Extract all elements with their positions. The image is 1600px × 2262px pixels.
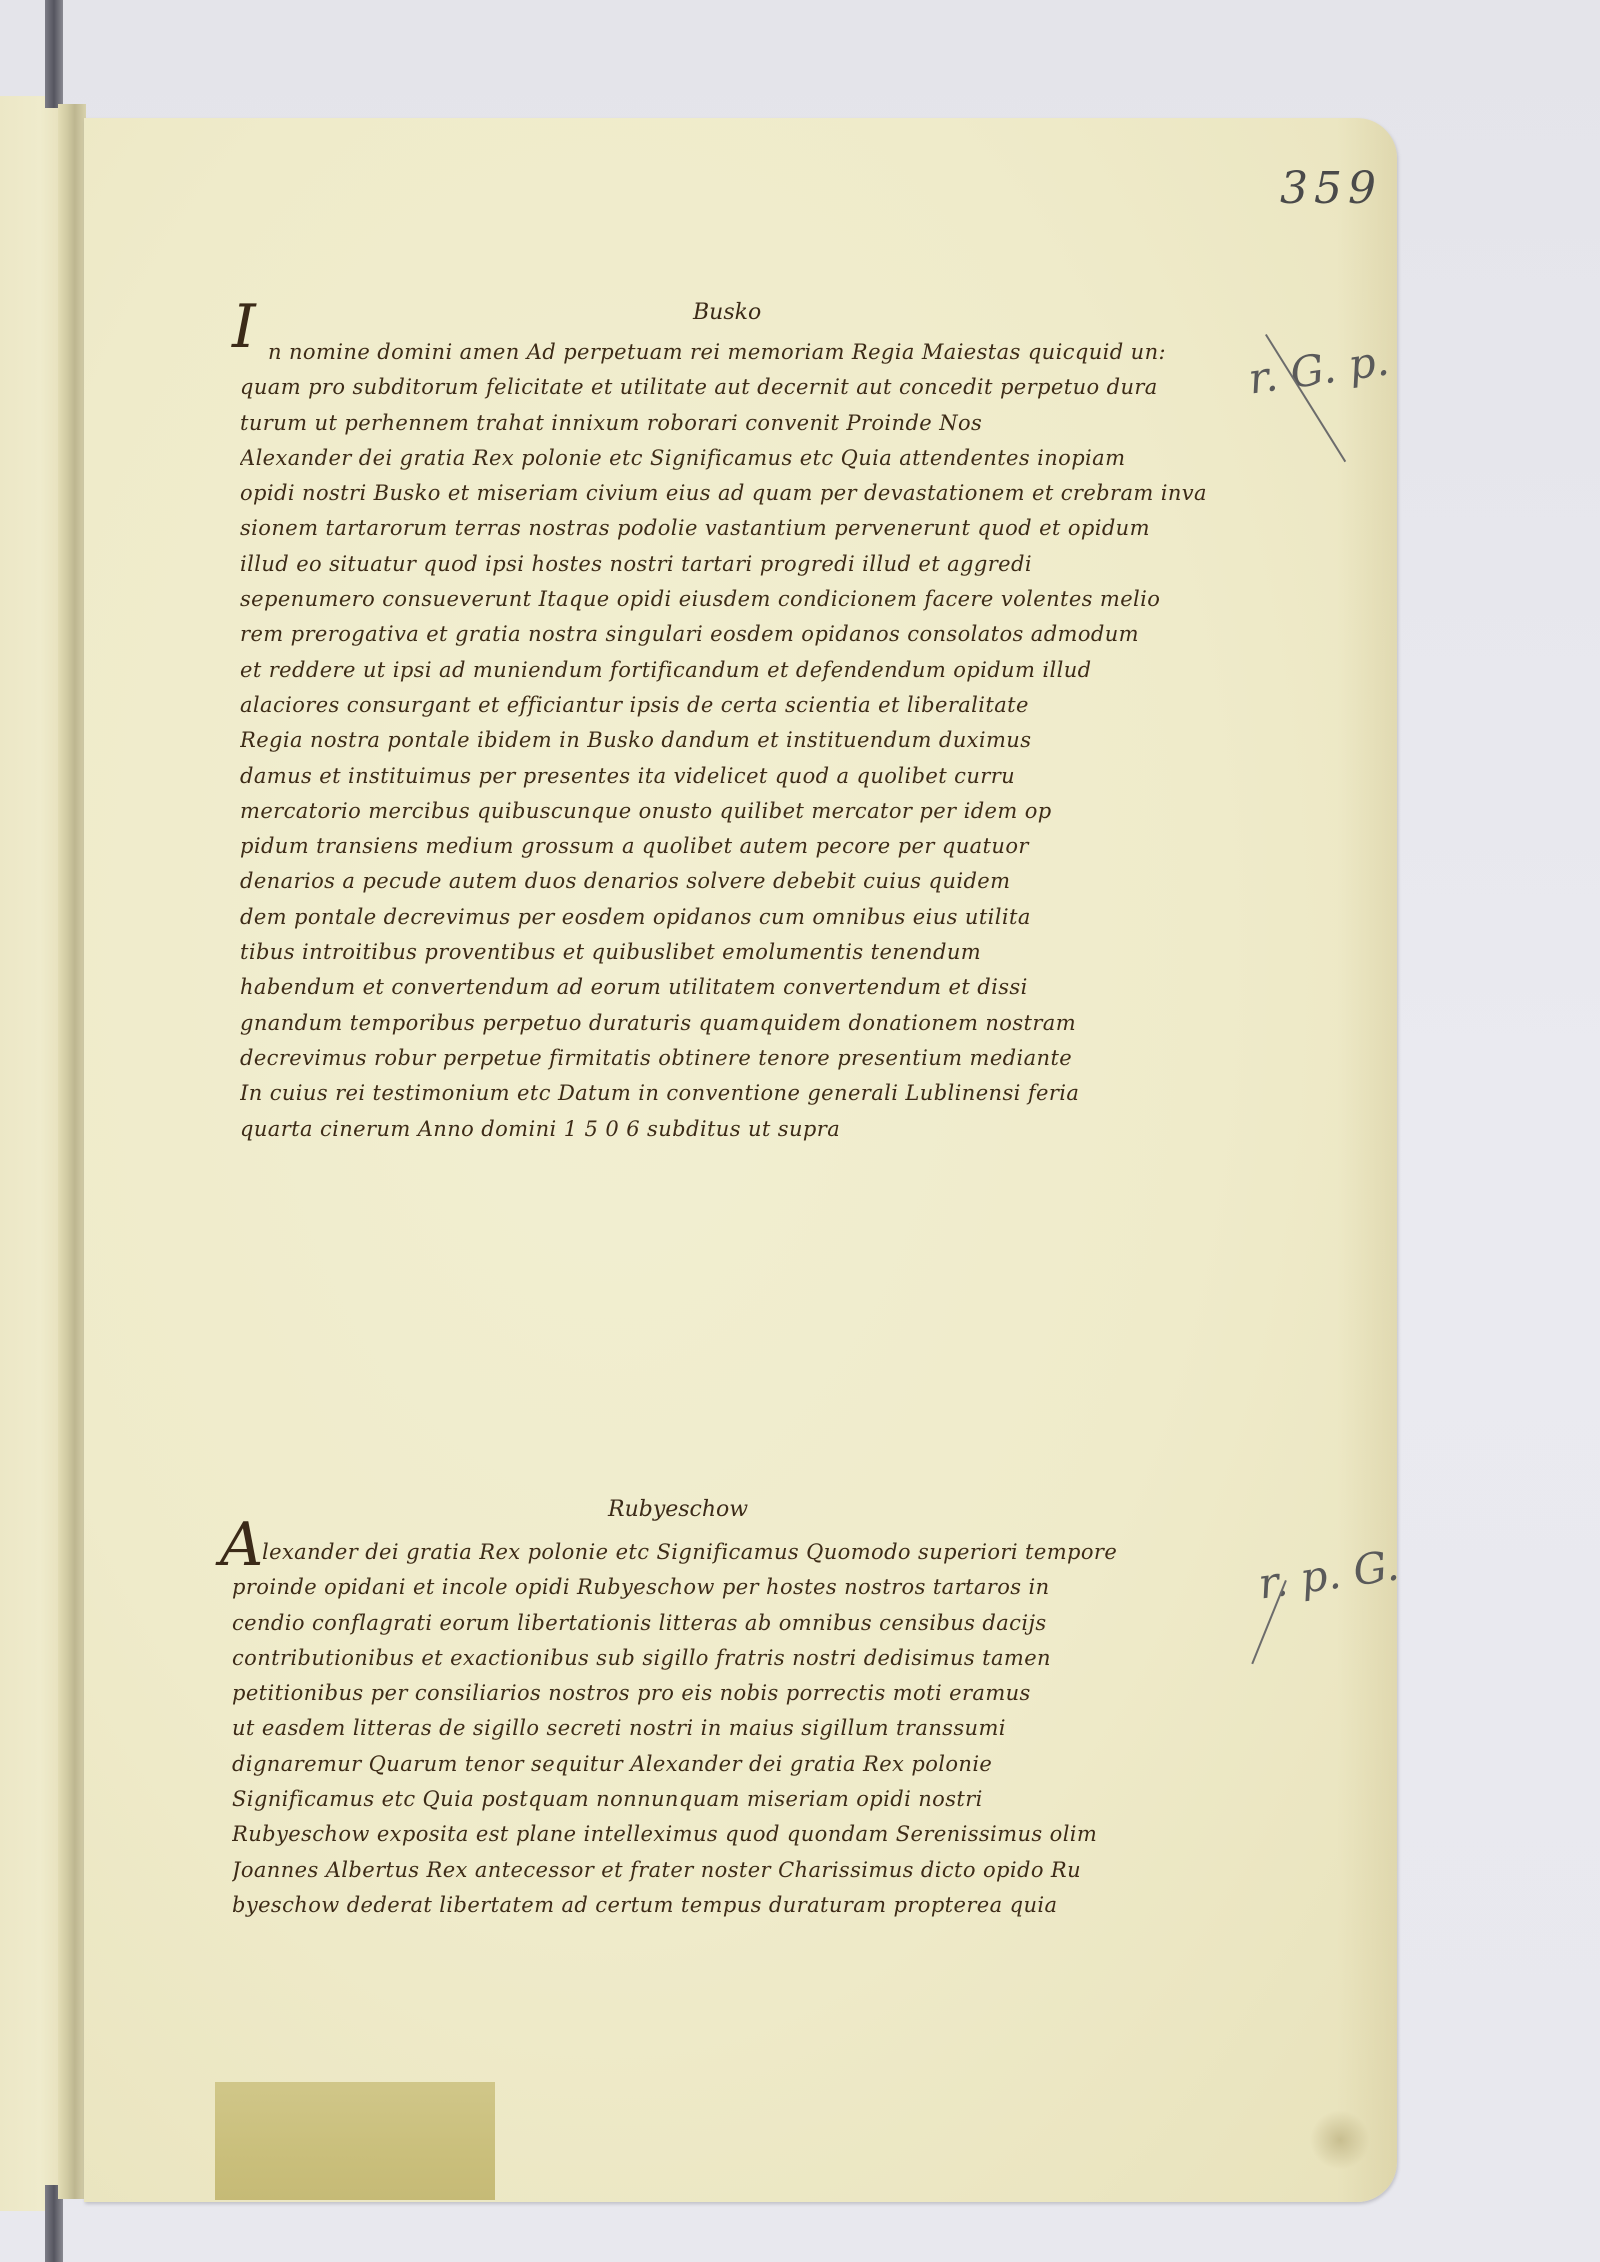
parchment-stain (1310, 2110, 1370, 2170)
text-line: Alexander dei gratia Rex polonie etc Sig… (240, 441, 1228, 476)
text-line: opidi nostri Busko et miseriam civium ei… (240, 476, 1228, 511)
text-line: habendum et convertendum ad eorum utilit… (240, 970, 1228, 1005)
text-line: sepenumero consueverunt Itaque opidi eiu… (240, 582, 1228, 617)
text-line: proinde opidani et incole opidi Rubyesch… (232, 1570, 1232, 1605)
text-line: turum ut perhennem trahat innixum robora… (240, 406, 1228, 441)
text-line: Significamus etc Quia postquam nonnunqua… (232, 1782, 1232, 1817)
previous-page-edge (0, 96, 58, 2211)
binding-fold (58, 104, 86, 2199)
text-line: Regia nostra pontale ibidem in Busko dan… (240, 723, 1228, 758)
text-line: rem prerogativa et gratia nostra singula… (240, 617, 1228, 652)
entry-text-busko: n nomine domini amen Ad perpetuam rei me… (268, 335, 1228, 1147)
text-line: In cuius rei testimonium etc Datum in co… (240, 1076, 1228, 1111)
entry-heading-rubyeschow: Rubyeschow (608, 1497, 748, 1522)
text-line: sionem tartarorum terras nostras podolie… (240, 511, 1228, 546)
entry-text-rubyeschow: lexander dei gratia Rex polonie etc Sign… (262, 1535, 1232, 1923)
text-line: petitionibus per consiliarios nostros pr… (232, 1676, 1232, 1711)
text-line: dignaremur Quarum tenor sequitur Alexand… (232, 1747, 1232, 1782)
text-line: illud eo situatur quod ipsi hostes nostr… (240, 547, 1228, 582)
text-line: denarios a pecude autem duos denarios so… (240, 864, 1228, 899)
text-line: et reddere ut ipsi ad muniendum fortific… (240, 653, 1228, 688)
text-line: alaciores consurgant et efficiantur ipsi… (240, 688, 1228, 723)
text-line: damus et instituimus per presentes ita v… (240, 759, 1228, 794)
text-line: quam pro subditorum felicitate et utilit… (240, 370, 1228, 405)
folio-edge-tint (1337, 118, 1397, 2202)
text-line: decrevimus robur perpetue firmitatis obt… (240, 1041, 1228, 1076)
text-line: tibus introitibus proventibus et quibusl… (240, 935, 1228, 970)
text-line: pidum transiens medium grossum a quolibe… (240, 829, 1228, 864)
text-line: ut easdem litteras de sigillo secreti no… (232, 1711, 1232, 1746)
text-line: byeschow dederat libertatem ad certum te… (232, 1888, 1232, 1923)
text-line: contributionibus et exactionibus sub sig… (232, 1641, 1232, 1676)
text-line: cendio conflagrati eorum libertationis l… (232, 1606, 1232, 1641)
entry-heading-busko: Busko (693, 300, 761, 325)
text-line: lexander dei gratia Rex polonie etc Sign… (262, 1535, 1232, 1570)
text-line: n nomine domini amen Ad perpetuam rei me… (268, 335, 1228, 370)
text-line: Rubyeschow exposita est plane intellexim… (232, 1817, 1232, 1852)
text-line: quarta cinerum Anno domini 1 5 0 6 subdi… (240, 1112, 1228, 1147)
binding-gutter-top (45, 0, 63, 108)
text-line: dem pontale decrevimus per eosdem opidan… (240, 900, 1228, 935)
initial-letter: I (232, 292, 256, 362)
text-line: gnandum temporibus perpetuo duraturis qu… (240, 1006, 1228, 1041)
text-line: Joannes Albertus Rex antecessor et frate… (232, 1853, 1232, 1888)
conservation-tape (215, 2082, 495, 2200)
text-line: mercatorio mercibus quibuscunque onusto … (240, 794, 1228, 829)
folio-number: 359 (1280, 163, 1382, 214)
